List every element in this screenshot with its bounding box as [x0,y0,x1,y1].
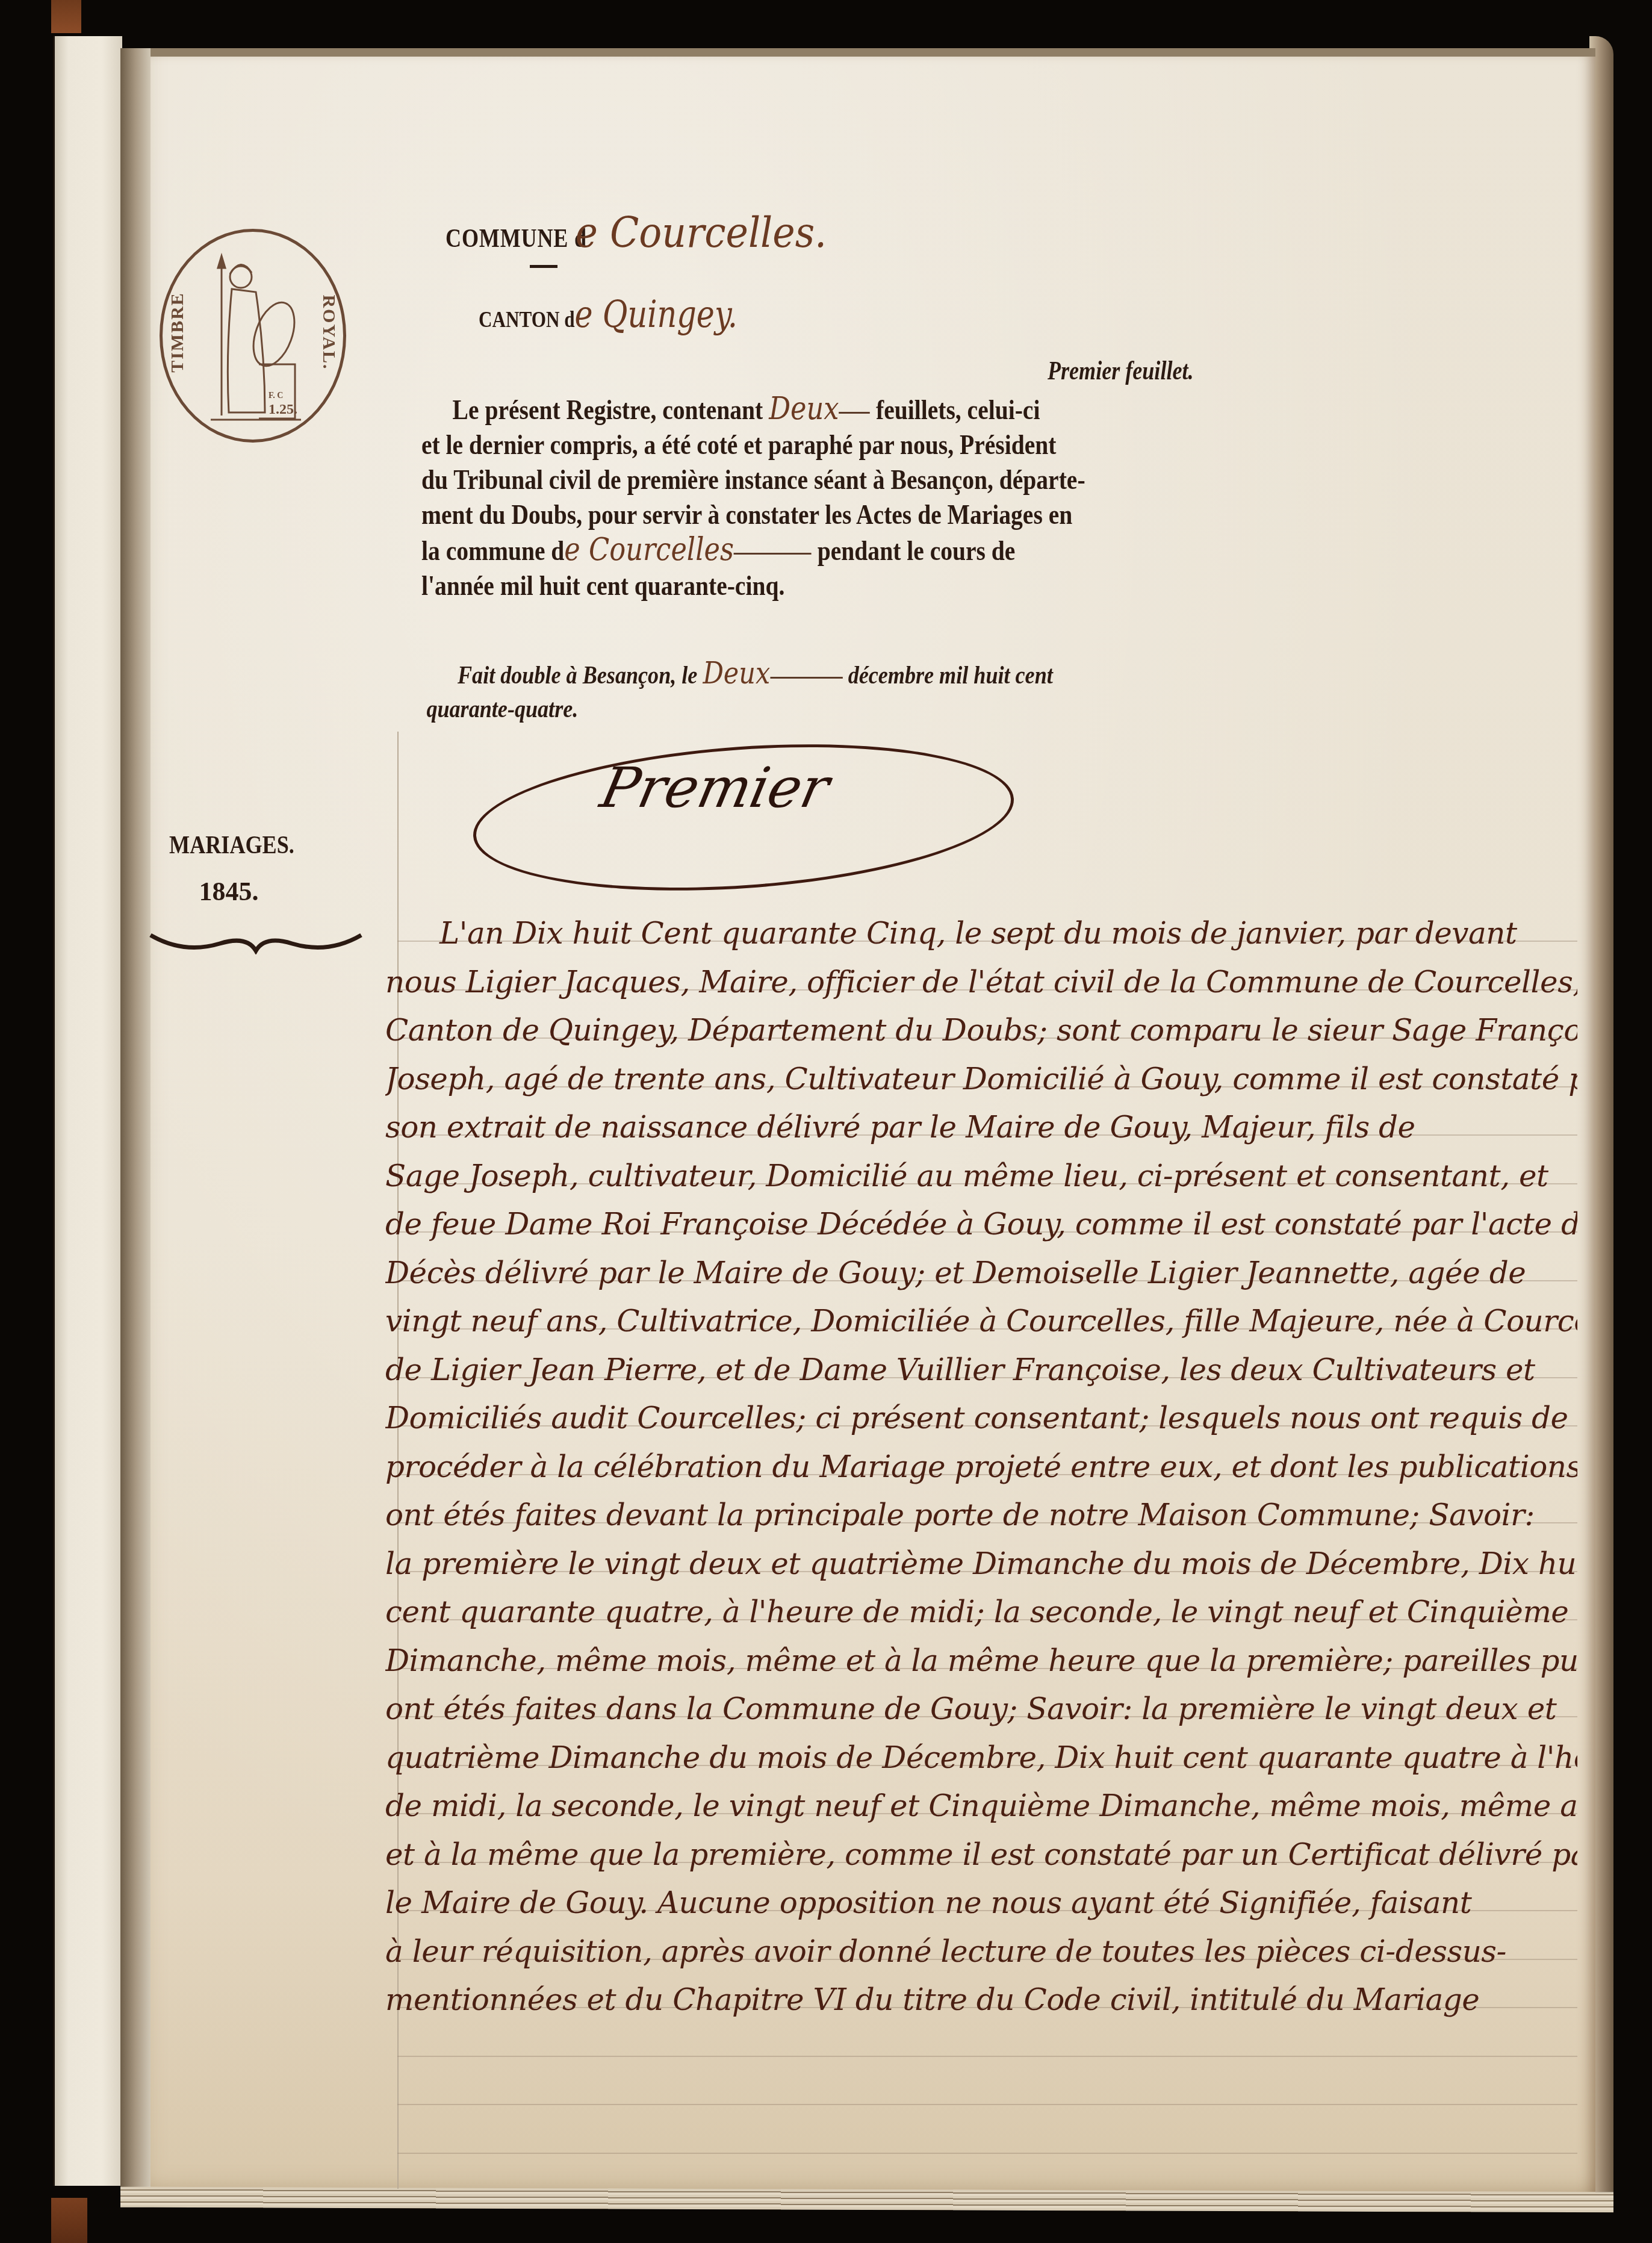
stamp-price-value: 1.25. [269,402,297,417]
handwritten-fill: Deux [703,656,770,691]
signed-line-2: quarante-quatre. [426,692,1338,726]
flourish-ornament-icon [147,930,364,954]
text-segment: Le présent Registre, contenant [453,394,769,425]
commune-value: e Courcelles. [576,208,827,257]
blank-line [734,553,812,555]
header-divider [530,265,557,268]
margin-year: 1845. [160,876,298,907]
leather-binding-top [51,0,81,33]
certification-line: la commune de Courcelles pendant le cour… [421,532,1289,568]
act-line: Joseph, agé de trente ans, Cultivateur D… [385,1055,1577,1104]
ruled-line [397,2153,1577,2154]
act-line: mentionnées et du Chapitre VI du titre d… [385,1976,1577,2024]
text-segment: décembre mil huit cent [843,662,1053,689]
blank-line [770,677,842,679]
canton-value: e Quingey. [575,292,737,336]
text-segment: la commune d [421,535,564,566]
act-line: vingt neuf ans, Cultivatrice, Domiciliée… [385,1297,1577,1346]
ruled-line [397,2104,1577,2105]
certification-line: l'année mil huit cent quarante-cinq. [421,568,1289,603]
act-line: Décès délivré par le Maire de Gouy; et D… [385,1249,1577,1298]
act-line: nous Ligier Jacques, Maire, officier de … [385,958,1577,1007]
stamp-label-right: ROYAL. [318,294,338,370]
canton-line: CANTON de Quingey. [479,292,737,336]
certification-line: ment du Doubs, pour servir à constater l… [421,497,1289,532]
act-line: la première le vingt deux et quatrième D… [385,1540,1577,1588]
act-line: Domiciliés audit Courcelles; ci présent … [385,1394,1577,1443]
commune-label: COMMUNE d [446,223,587,253]
act-line: procéder à la célébration du Mariage pro… [385,1443,1577,1492]
text-segment: Fait double à Besançon, le [458,662,703,689]
act-line: de Ligier Jean Pierre, et de Dame Vuilli… [385,1346,1577,1395]
leather-binding-bottom [51,2198,87,2243]
act-line: son extrait de naissance délivré par le … [385,1103,1577,1152]
binding-spine-strip [53,36,122,2186]
text-segment: pendant le cours de [812,535,1015,566]
handwritten-fill: e Courcelles [564,532,734,568]
certification-line: Le présent Registre, contenant Deux feui… [421,391,1289,428]
text-segment: feuillets, celui-ci [870,394,1040,425]
ruled-line [397,2056,1577,2057]
gutter-shadow [120,48,154,2192]
certification-line: du Tribunal civil de première instance s… [421,462,1289,497]
blank-line [839,412,870,414]
sheet-label: Premier feuillet. [1048,355,1193,386]
act-line: quatrième Dimanche du mois de Décembre, … [385,1734,1577,1782]
act-line: Dimanche, même mois, même et à la même h… [385,1637,1577,1685]
commune-line: COMMUNE de Courcelles. [446,208,815,257]
signed-line-1: Fait double à Besançon, le Deux décembre… [458,656,1338,692]
act-line: et à la même que la première, comme il e… [385,1831,1577,1879]
certification-line: et le dernier compris, a été coté et par… [421,428,1289,462]
act-line: le Maire de Gouy. Aucune opposition ne n… [385,1879,1577,1927]
act-line: Sage Joseph, cultivateur, Domicilié au m… [385,1152,1577,1201]
margin-section-label: MARIAGES. [169,831,288,860]
handwritten-fill: Deux [769,391,839,427]
marriage-act-body: L'an Dix huit Cent quarante Cinq, le sep… [385,909,1577,2024]
act-line: L'an Dix huit Cent quarante Cinq, le sep… [385,909,1577,958]
act-line: à leur réquisition, après avoir donné le… [385,1927,1577,1976]
act-line: ont étés faites dans la Commune de Gouy;… [385,1685,1577,1734]
act-line: cent quarante quatre, à l'heure de midi;… [385,1588,1577,1637]
act-title: Premier [595,756,835,820]
act-line: de feue Dame Roi Françoise Décédée à Gou… [385,1200,1577,1249]
stamp-price: F. C 1.25. [269,390,297,416]
stamp-label-left: TIMBRE [167,292,188,373]
canton-label: CANTON d [479,307,575,332]
act-line: de midi, la seconde, le vingt neuf et Ci… [385,1782,1577,1831]
certification-paragraph: Le présent Registre, contenant Deux feui… [421,391,1289,603]
act-line: Canton de Quingey, Département du Doubs;… [385,1006,1577,1055]
timbre-royal-stamp: TIMBRE ROYAL. F. C 1.25. [160,229,346,443]
act-line: ont étés faites devant la principale por… [385,1491,1577,1540]
stamp-price-units: F. C [269,390,297,403]
signed-place-date: Fait double à Besançon, le Deux décembre… [458,656,1338,726]
